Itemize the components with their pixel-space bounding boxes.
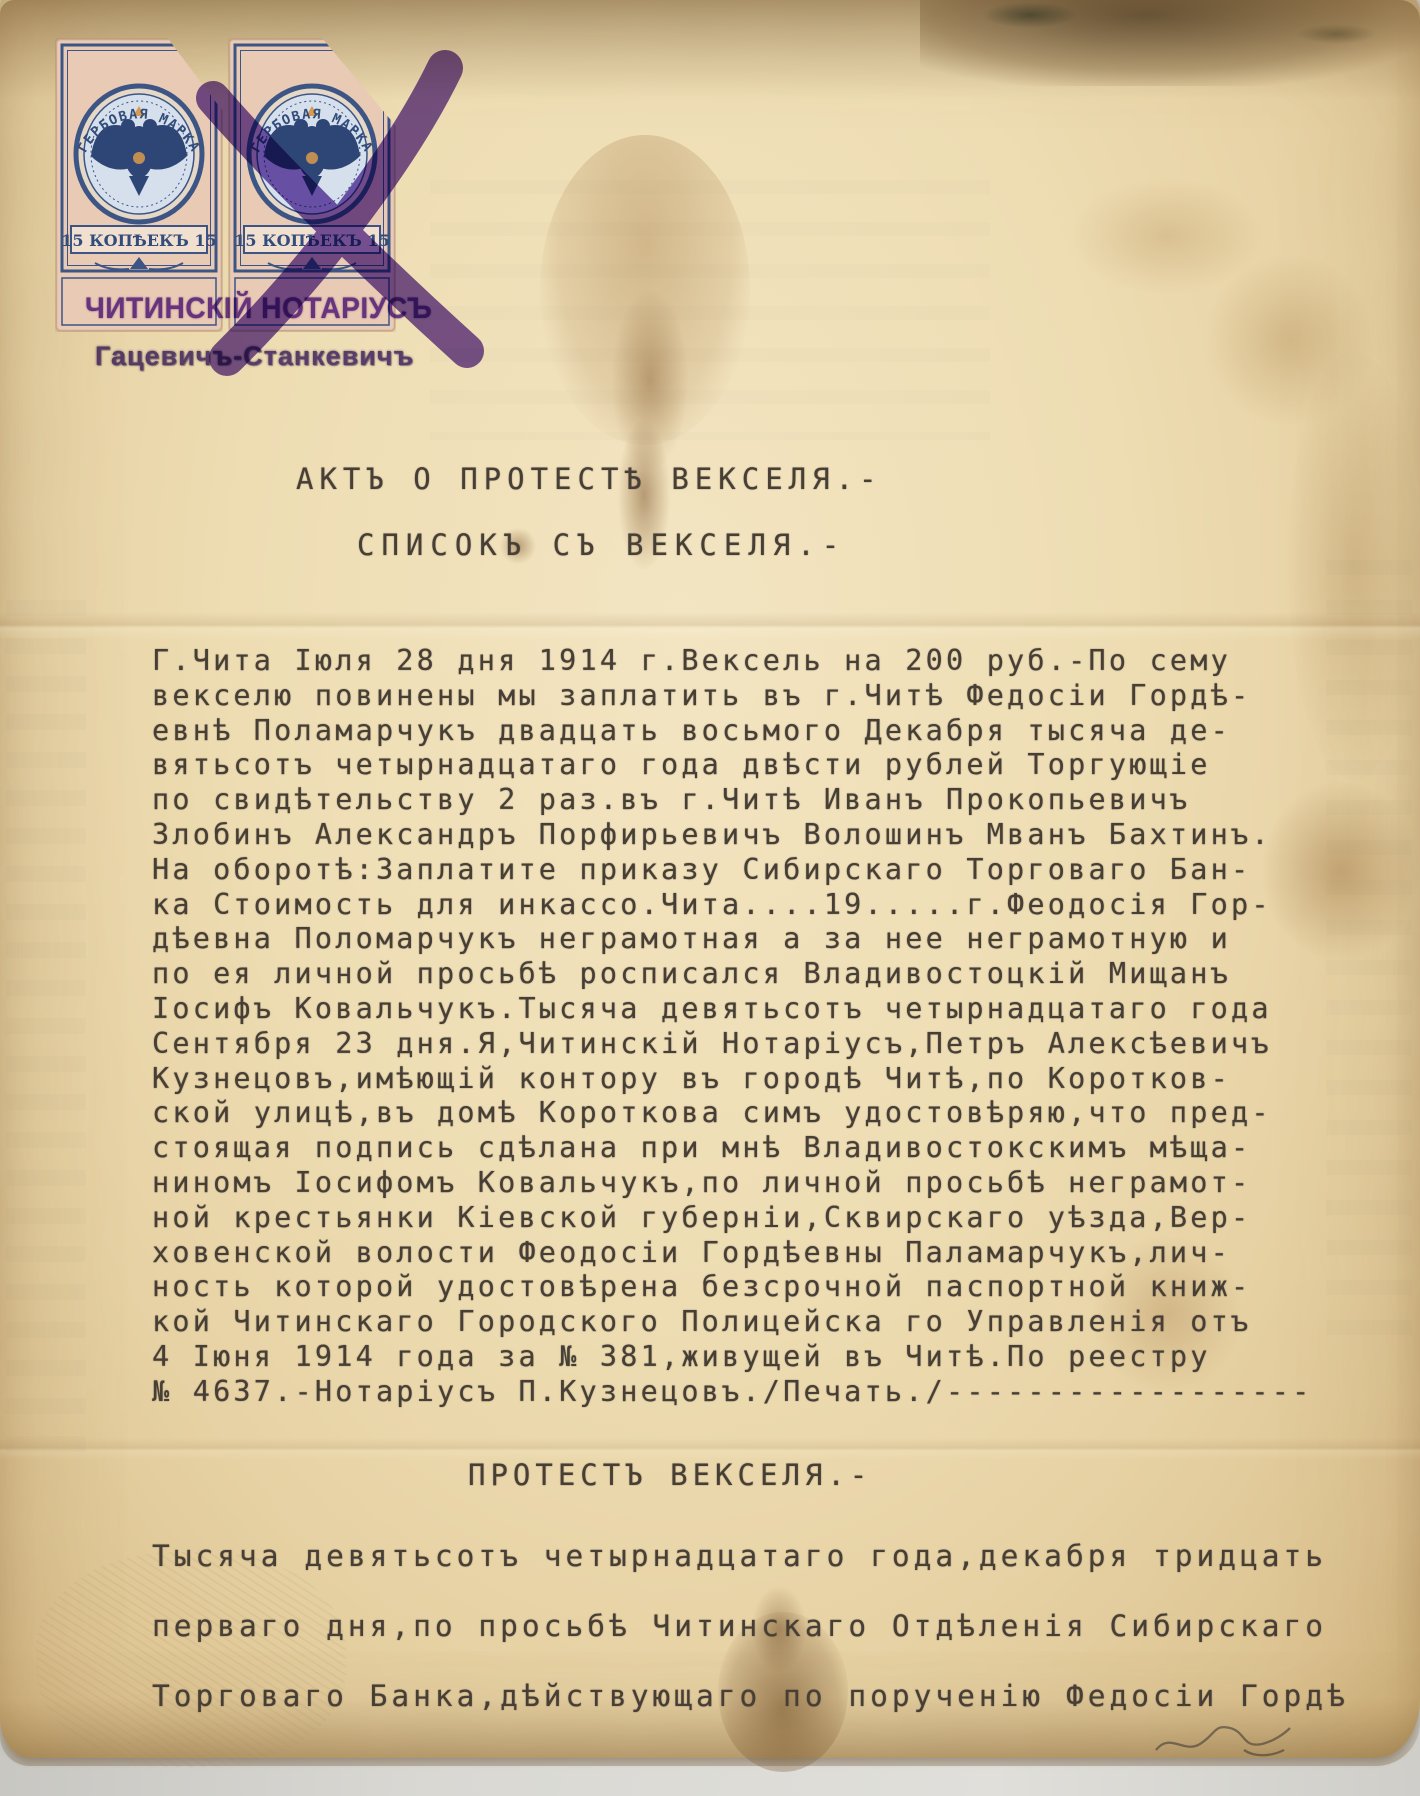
- protest-text: Тысяча девятьсотъ четырнадцатаго года,де…: [152, 1521, 1420, 1731]
- notary-name-overprint: Гацевичъ-Станкевичъ: [95, 341, 395, 372]
- revenue-stamps: ГЕРБОВАЯ МАРКА 15 КОПѢЕКЪ 15 ГЕРБОВАЯ МА…: [55, 38, 400, 383]
- notary-overprint: ЧИТИНСКІЙ НОТАРІУСЪ: [85, 292, 376, 326]
- copy-title: СПИСОКЪ СЪ ВЕКСЕЛЯ.-: [357, 528, 846, 562]
- act-title: АКТЪ О ПРОТЕСТѢ ВЕКСЕЛЯ.-: [296, 462, 883, 496]
- document-scan: { "doc": { "stamps": { "header": "ГЕРБОВ…: [0, 0, 1420, 1796]
- protest-title: ПРОТЕСТЪ ВЕКСЕЛЯ.-: [468, 1458, 872, 1492]
- notarial-act-text: Г.Чита Іюля 28 дня 1914 г.Вексель на 200…: [152, 644, 1372, 1410]
- handwritten-flourish: [1150, 1714, 1300, 1766]
